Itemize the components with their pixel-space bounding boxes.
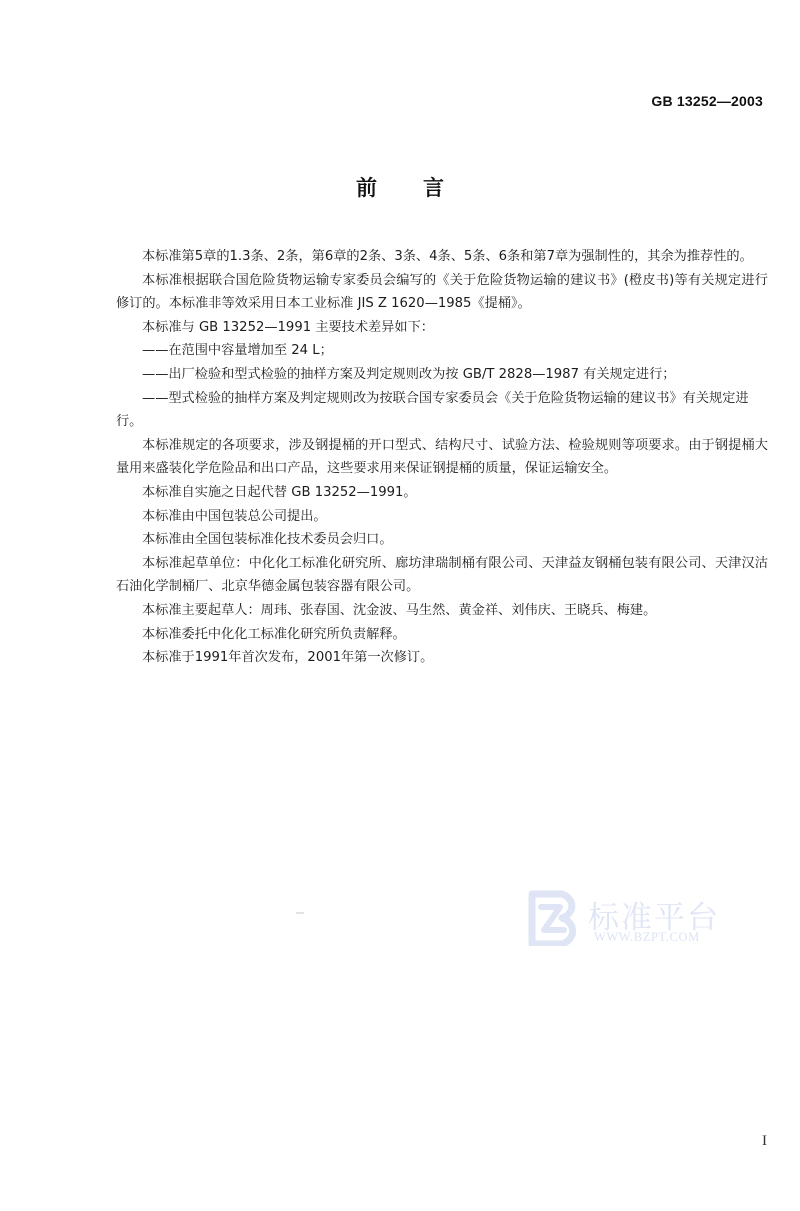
paragraph-proposed-by: 本标准由中国包装总公司提出。: [116, 505, 768, 529]
page-number: I: [762, 1133, 767, 1150]
page-title: 前言: [0, 172, 800, 202]
watermark-url: WWW.BZPT.COM: [594, 930, 700, 945]
paragraph-drafters: 本标准主要起草人：周玮、张春国、沈金波、马生然、黄金祥、刘伟庆、王晓兵、梅建。: [116, 599, 768, 623]
paragraph-requirements: 本标准规定的各项要求，涉及钢提桶的开口型式、结构尺寸、试验方法、检验规则等项要求…: [116, 434, 768, 481]
foreword-body: 本标准第5章的1.3条、2条，第6章的2条、3条、4条、5条、6条和第7章为强制…: [116, 245, 768, 670]
standard-code: GB 13252—2003: [651, 93, 763, 109]
difference-item-factory-inspection: ——出厂检验和型式检验的抽样方案及判定规则改为按 GB/T 2828—1987 …: [116, 363, 768, 387]
paragraph-centralized-by: 本标准由全国包装标准化技术委员会归口。: [116, 528, 768, 552]
watermark: 标准平台 WWW.BZPT.COM: [528, 890, 728, 950]
paragraph-mandatory-clauses: 本标准第5章的1.3条、2条，第6章的2条、3条、4条、5条、6条和第7章为强制…: [116, 245, 768, 269]
paragraph-interpretation: 本标准委托中化化工标准化研究所负责解释。: [116, 623, 768, 647]
page-title-char-2: 言: [423, 176, 444, 200]
page-title-char-1: 前: [356, 176, 377, 200]
paragraph-drafting-units: 本标准起草单位：中化化工标准化研究所、廊坊津瑞制桶有限公司、天津益友钢桶包装有限…: [116, 552, 768, 599]
bz-logo-icon: [528, 890, 582, 946]
difference-item-type-inspection: ——型式检验的抽样方案及判定规则改为按联合国专家委员会《关于危险货物运输的建议书…: [116, 387, 768, 434]
difference-item-capacity: ——在范围中容量增加至 24 L；: [116, 339, 768, 363]
paragraph-differences-intro: 本标准与 GB 13252—1991 主要技术差异如下：: [116, 316, 768, 340]
scan-smudge: [296, 912, 304, 914]
paragraph-publication-history: 本标准于1991年首次发布，2001年第一次修订。: [116, 646, 768, 670]
paragraph-revision-basis: 本标准根据联合国危险货物运输专家委员会编写的《关于危险货物运输的建议书》(橙皮书…: [116, 269, 768, 316]
paragraph-replaces: 本标准自实施之日起代替 GB 13252—1991。: [116, 481, 768, 505]
